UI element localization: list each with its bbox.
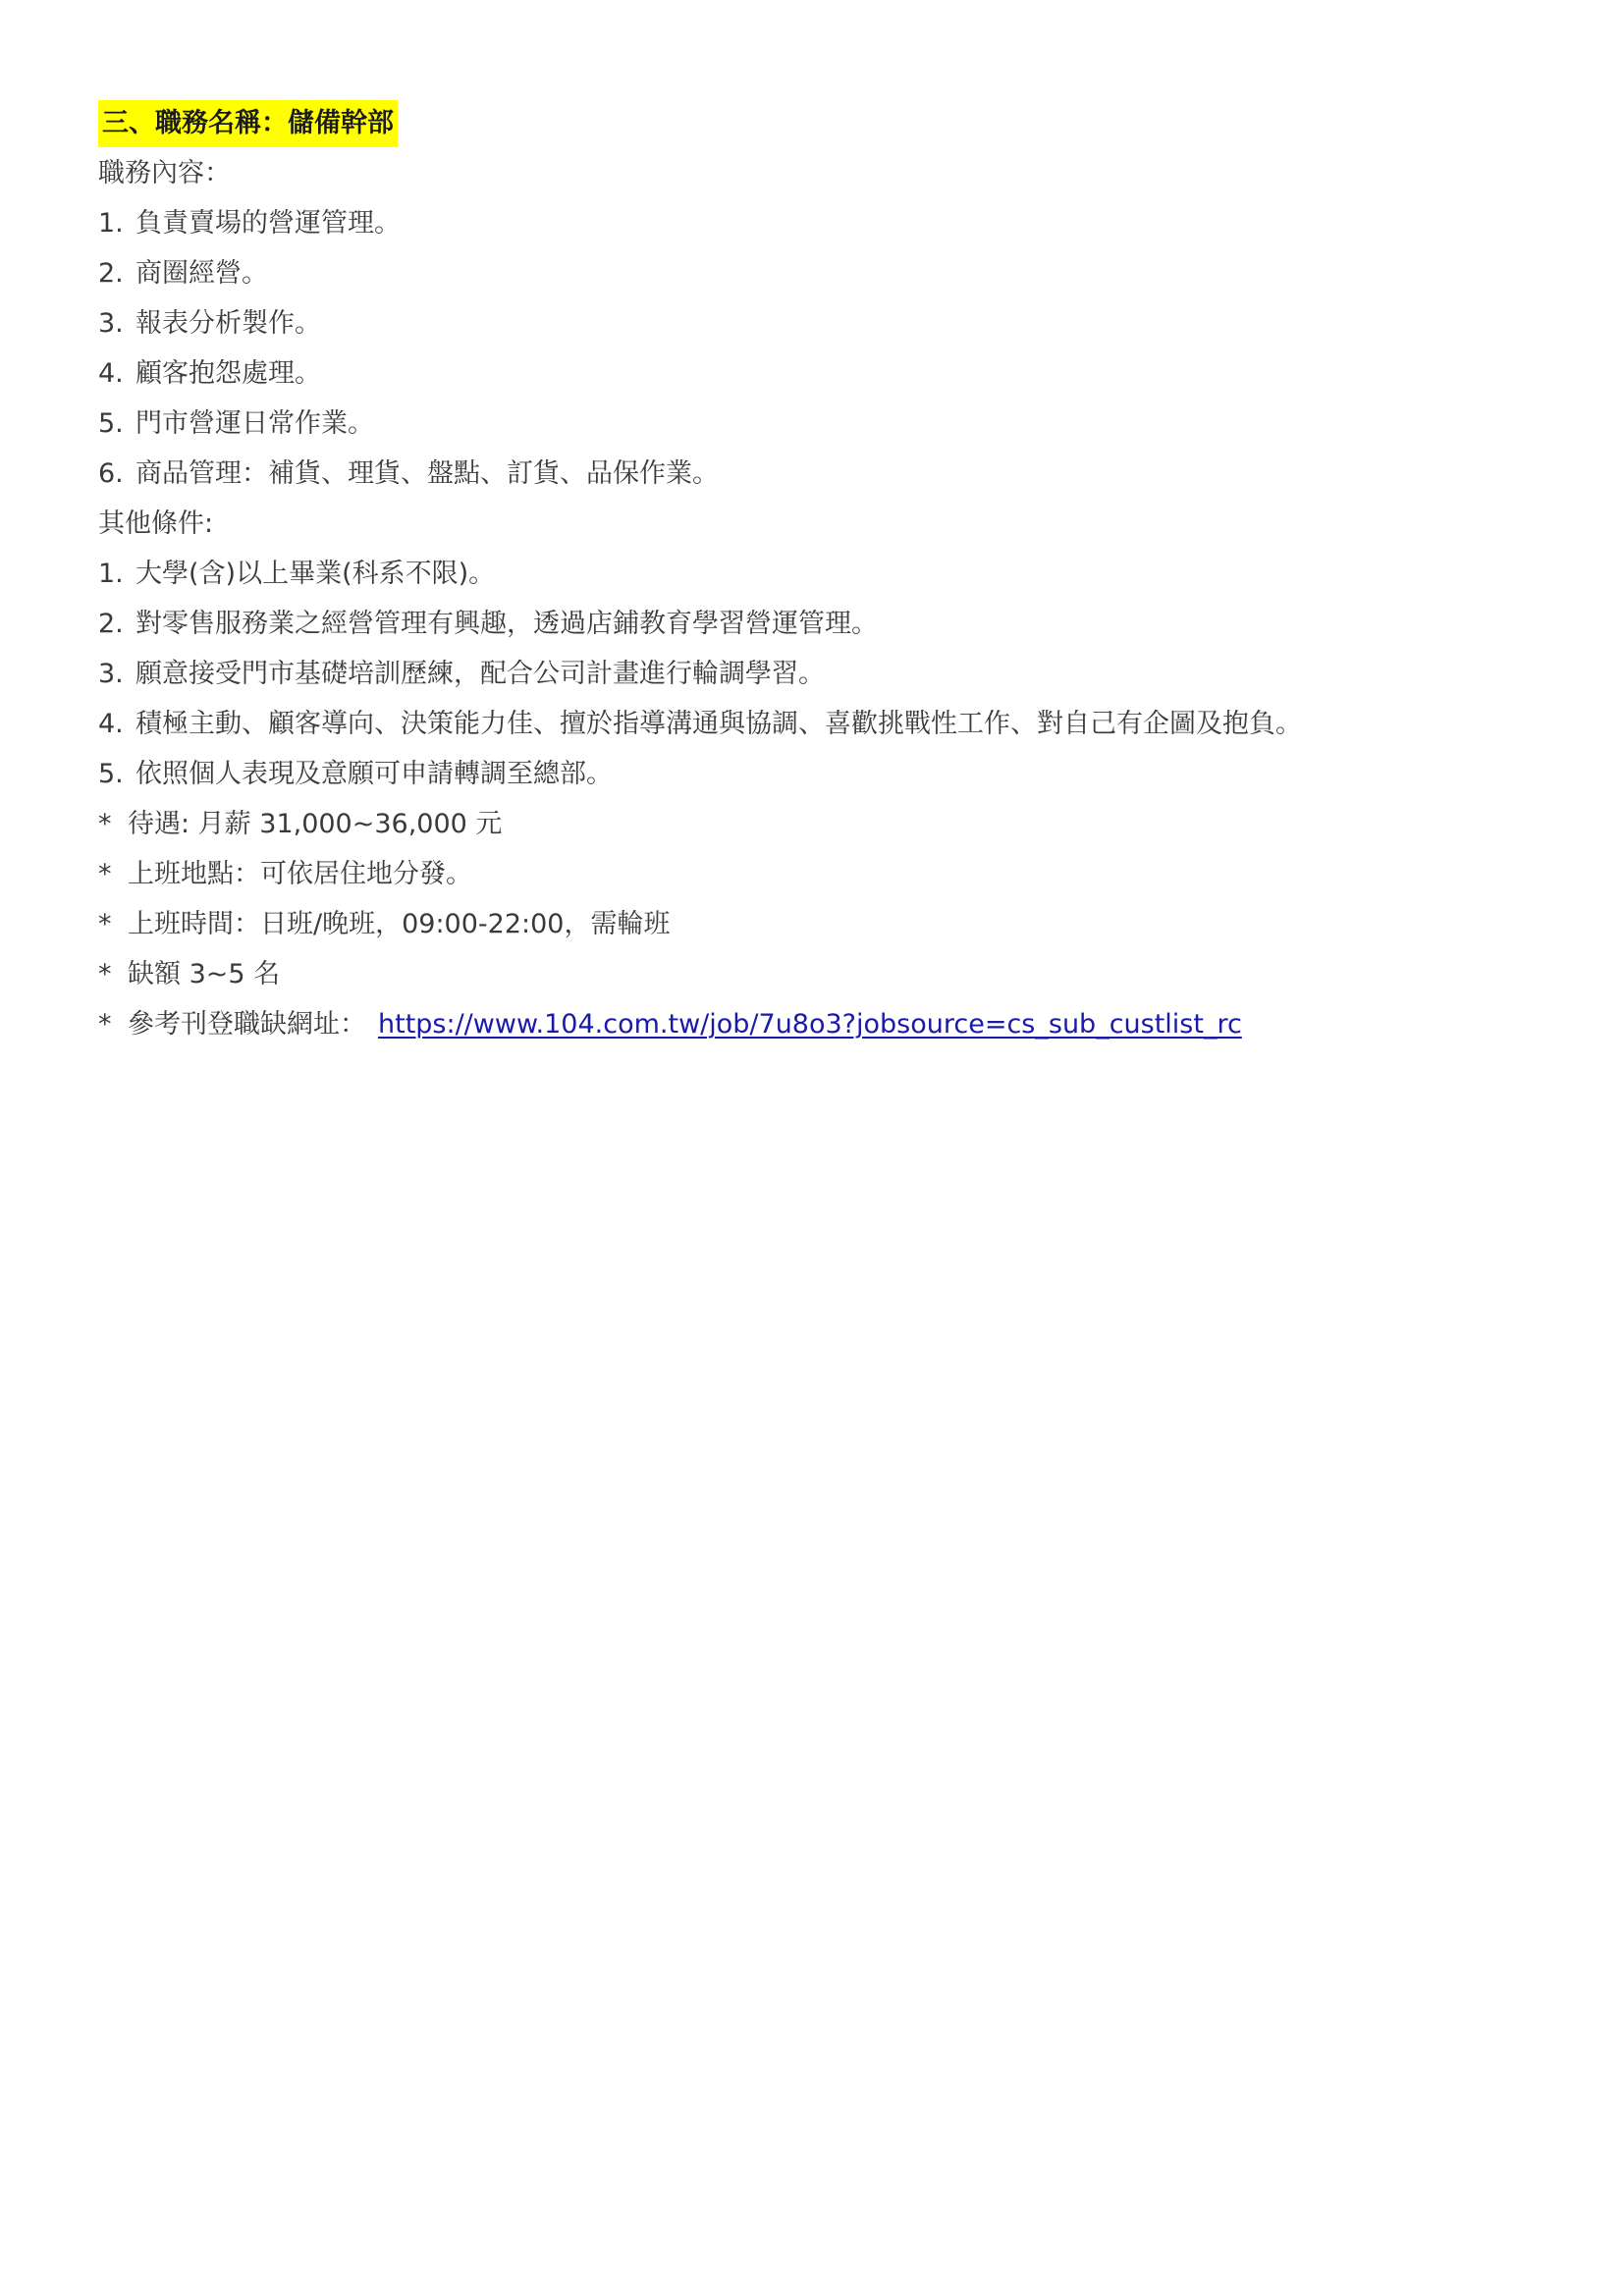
list-item: 2.對零售服務業之經營管理有興趣，透過店鋪教育學習營運管理。 xyxy=(98,599,1522,649)
bullet-icon: * xyxy=(98,849,128,899)
duties-heading: 職務內容： xyxy=(98,148,1522,198)
list-item: 2.商圈經營。 xyxy=(98,248,1522,298)
bullet-icon: * xyxy=(98,999,128,1049)
section-title: 三、職務名稱：儲備幹部 xyxy=(98,100,398,147)
list-item: 5.門市營運日常作業。 xyxy=(98,399,1522,449)
list-item: 4.積極主動、顧客導向、決策能力佳、擅於指導溝通與協調、喜歡挑戰性工作、對自己有… xyxy=(98,699,1522,749)
list-item: 3.願意接受門市基礎培訓歷練，配合公司計畫進行輪調學習。 xyxy=(98,649,1522,699)
note-salary: *待遇: 月薪 31,000~36,000 元 xyxy=(98,799,1522,849)
bullet-icon: * xyxy=(98,899,128,949)
section-title-line: 三、職務名稱：儲備幹部 xyxy=(98,98,1522,148)
document-page: 三、職務名稱：儲備幹部 職務內容： 1.負責賣場的營運管理。 2.商圈經營。 3… xyxy=(98,98,1522,1049)
note-location: *上班地點：可依居住地分發。 xyxy=(98,849,1522,899)
list-item: 1.負責賣場的營運管理。 xyxy=(98,198,1522,248)
reference-label: 參考刊登職缺網址： xyxy=(128,1009,366,1040)
conditions-heading: 其他條件: xyxy=(98,499,1522,549)
list-item: 1.大學(含)以上畢業(科系不限)。 xyxy=(98,549,1522,599)
bullet-icon: * xyxy=(98,949,128,999)
note-reference: *參考刊登職缺網址：https://www.104.com.tw/job/7u8… xyxy=(98,999,1522,1049)
bullet-icon: * xyxy=(98,799,128,849)
list-item: 4.顧客抱怨處理。 xyxy=(98,348,1522,399)
list-item: 3.報表分析製作。 xyxy=(98,298,1522,348)
note-openings: *缺額 3~5 名 xyxy=(98,949,1522,999)
note-hours: *上班時間：日班/晚班，09:00-22:00，需輪班 xyxy=(98,899,1522,949)
list-item: 5.依照個人表現及意願可申請轉調至總部。 xyxy=(98,749,1522,799)
job-posting-link[interactable]: https://www.104.com.tw/job/7u8o3?jobsour… xyxy=(378,1009,1242,1040)
list-item: 6.商品管理：補貨、理貨、盤點、訂貨、品保作業。 xyxy=(98,449,1522,499)
